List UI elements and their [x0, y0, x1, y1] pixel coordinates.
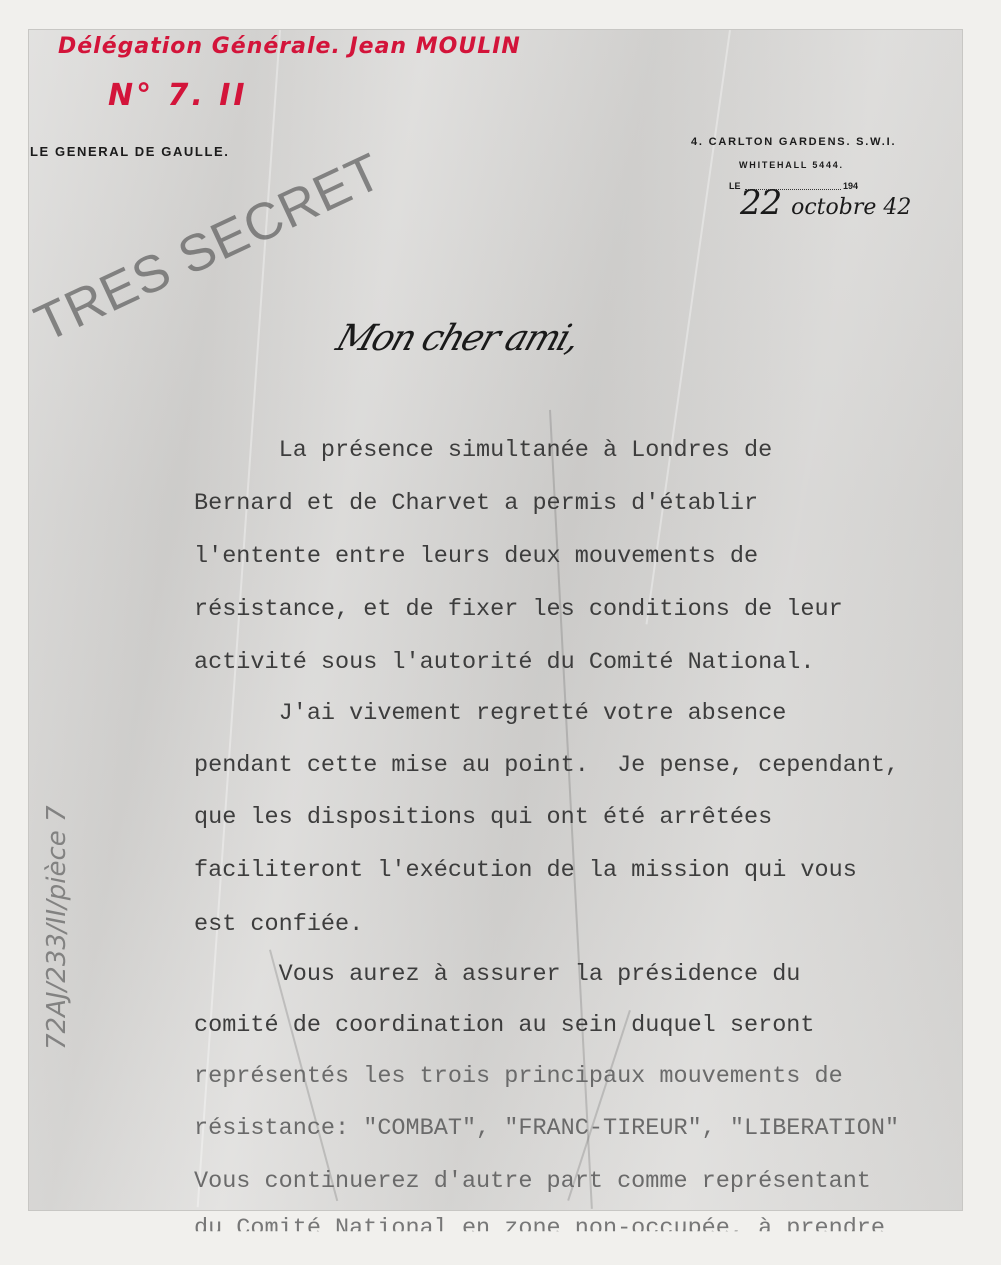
body-line: La présence simultanée à Londres de: [194, 437, 772, 464]
body-line: comité de coordination au sein duquel se…: [194, 1012, 815, 1039]
handwritten-date-rest: octobre 42: [791, 195, 911, 220]
body-line: Bernard et de Charvet a permis d'établir: [194, 490, 758, 517]
archive-annotation-number: N° 7. II: [108, 78, 248, 113]
archive-annotation-title: Délégation Générale. Jean MOULIN: [58, 34, 521, 59]
body-line: J'ai vivement regretté votre absence: [194, 700, 786, 727]
body-line: résistance: "COMBAT", "FRANC-TIREUR", "L…: [194, 1115, 899, 1142]
handwritten-date: 22 octobre 42: [740, 183, 911, 223]
handwritten-salutation: Mon cher ami,: [331, 318, 583, 359]
handwritten-date-day: 22: [740, 183, 781, 223]
letterhead-sender: LE GENERAL DE GAULLE.: [30, 144, 229, 159]
body-line-cut-off: du Comité National en zone non-occupée, …: [194, 1215, 885, 1242]
body-line: pendant cette mise au point. Je pense, c…: [194, 752, 899, 779]
body-line: activité sous l'autorité du Comité Natio…: [194, 649, 815, 676]
body-line: l'entente entre leurs deux mouvements de: [194, 543, 758, 570]
letterhead-address: 4. CARLTON GARDENS. S.W.I.: [691, 136, 896, 148]
date-prefix: LE: [729, 181, 741, 191]
body-line: Vous aurez à assurer la présidence du: [194, 961, 800, 988]
body-line: que les dispositions qui ont été arrêtée…: [194, 804, 772, 831]
paper-crease: [645, 30, 730, 624]
body-line: représentés les trois principaux mouveme…: [194, 1063, 843, 1090]
body-line: est confiée.: [194, 911, 363, 938]
body-line: résistance, et de fixer les conditions d…: [194, 596, 843, 623]
body-line: faciliteront l'exécution de la mission q…: [194, 857, 857, 884]
body-line: Vous continuerez d'autre part comme repr…: [194, 1168, 871, 1195]
letterhead-telephone: WHITEHALL 5444.: [739, 160, 844, 170]
archive-reference-pencil: 72AJ/233/II/pièce 7: [42, 805, 72, 1050]
